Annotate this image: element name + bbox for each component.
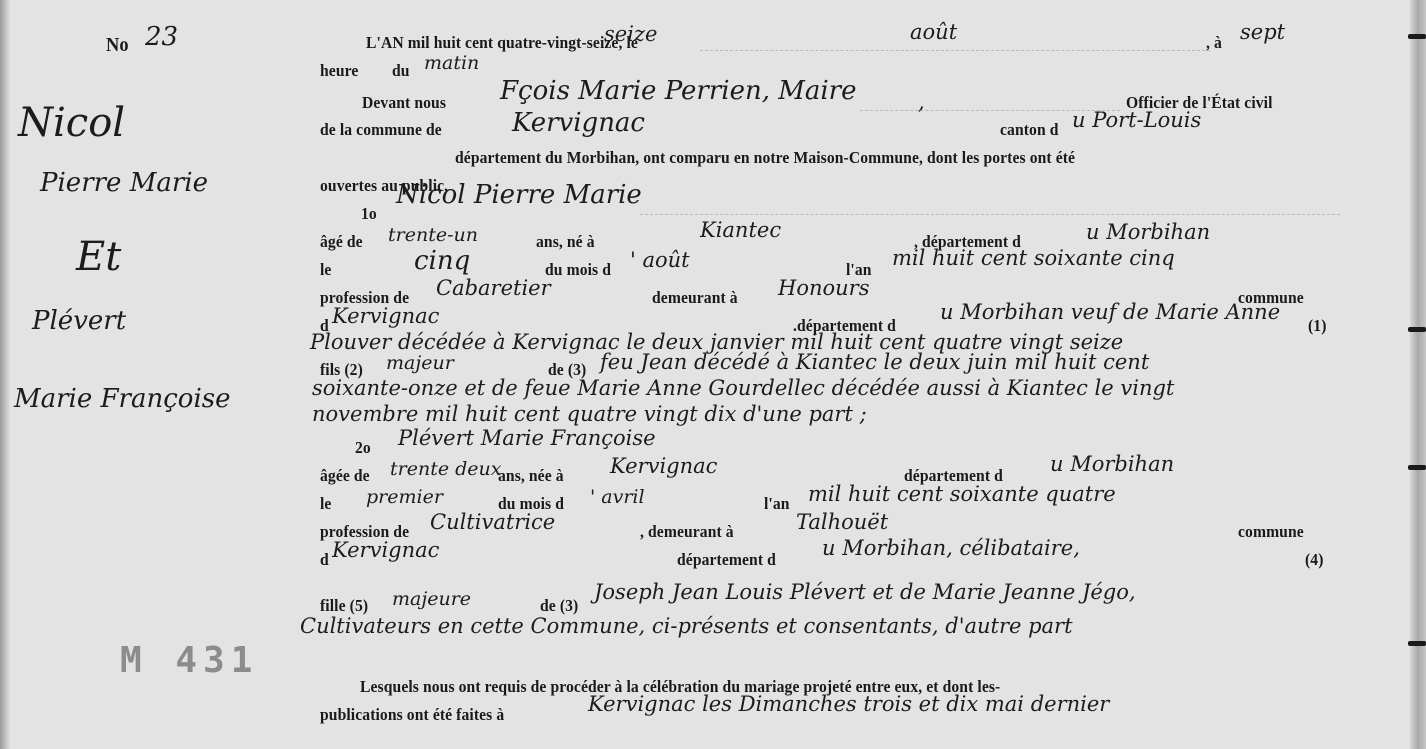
bride-status: majeure (392, 588, 471, 610)
margin-groom-given: Pierre Marie (40, 168, 208, 198)
printed-at: , à (1206, 33, 1222, 53)
written-hour: sept (1240, 20, 1285, 44)
printed-heure: heure (320, 61, 358, 81)
groom-residence: Honours (778, 276, 869, 300)
bride-age: trente deux (390, 458, 501, 480)
groom-birth-day: cinq (414, 246, 470, 276)
written-canton: u Port-Louis (1072, 108, 1201, 132)
written-period: matin (424, 52, 479, 74)
groom-birth-dept: u Morbihan (1086, 220, 1210, 244)
printed-demeurant: demeurant à (652, 288, 738, 308)
written-month: août (910, 20, 957, 44)
record-number-label: No (106, 34, 129, 57)
note-4: (4) (1305, 550, 1324, 570)
printed-lan: l'an (764, 494, 790, 514)
printed-departement2: département d (677, 550, 776, 570)
printed-publications: publications ont été faites à (320, 705, 504, 725)
binding-mark (1408, 34, 1426, 39)
printed-canton: canton d (1000, 120, 1059, 140)
binding-mark (1408, 465, 1426, 470)
printed-year-line: L'AN mil huit cent quatre-vingt-seize, l… (366, 33, 638, 53)
fill-line (640, 214, 1340, 215)
written-officer: Fçois Marie Perrien, Maire (500, 76, 857, 106)
printed-du: du (392, 61, 410, 81)
bride-birth-dept: u Morbihan (1050, 452, 1174, 476)
printed-fille: fille (5) (320, 596, 368, 616)
note-1: (1) (1308, 316, 1327, 336)
bride-index: 2o (355, 438, 371, 458)
margin-bride-given: Marie Françoise (14, 384, 231, 414)
groom-age: trente-un (388, 224, 478, 246)
page-left-edge (0, 0, 10, 749)
groom-commune: Kervignac (332, 304, 439, 328)
record-number: 23 (145, 22, 178, 52)
bride-birth-day: premier (366, 486, 443, 508)
printed-departement-line: département du Morbihan, ont comparu en … (455, 148, 1075, 168)
bride-dept-status: u Morbihan, célibataire, (822, 536, 1080, 560)
written-commune: Kervignac (512, 108, 645, 138)
printed-de3: de (3) (540, 596, 578, 616)
groom-index: 1o (361, 204, 377, 224)
bride-name: Plévert Marie Françoise (398, 426, 656, 450)
printed-le: le (320, 260, 331, 280)
groom-profession: Cabaretier (436, 276, 551, 300)
bride-residence: Talhouët (796, 510, 888, 534)
publication-details: Kervignac les Dimanches trois et dix mai… (588, 692, 1109, 716)
groom-birthplace: Kiantec (700, 218, 781, 242)
groom-birth-month: ' août (630, 248, 690, 272)
groom-parents-line3: novembre mil huit cent quatre vingt dix … (312, 402, 867, 426)
bride-birth-month: ' avril (590, 486, 645, 508)
printed-agee: âgée de (320, 466, 370, 486)
printed-ans-nee: ans, née à (498, 466, 564, 486)
printed-demeurant: , demeurant à (640, 522, 734, 542)
bride-parents: Joseph Jean Louis Plévert et de Marie Je… (594, 580, 1136, 604)
margin-groom-surname: Nicol (18, 100, 125, 146)
printed-commune: commune (1238, 522, 1304, 542)
printed-devant-nous: Devant nous (362, 93, 446, 113)
bride-parents-line2: Cultivateurs en cette Commune, ci-présen… (300, 614, 1073, 638)
bride-profession: Cultivatrice (430, 510, 555, 534)
groom-father: feu Jean décédé à Kiantec le deux juin m… (600, 350, 1149, 374)
binding-mark (1408, 327, 1426, 332)
bride-birthplace: Kervignac (610, 454, 717, 478)
printed-d: d (320, 550, 329, 570)
fill-line (700, 50, 1210, 51)
groom-status: majeur (386, 352, 454, 374)
marriage-record-page: No 23 Nicol Pierre Marie Et Plévert Mari… (0, 0, 1426, 749)
page-right-edge (1410, 0, 1426, 749)
bride-birth-year: mil huit cent soixante quatre (808, 482, 1116, 506)
groom-dept-widow: u Morbihan veuf de Marie Anne (940, 300, 1280, 324)
printed-le: le (320, 494, 331, 514)
groom-birth-year: mil huit cent soixante cinq (892, 246, 1175, 270)
groom-name: Nicol Pierre Marie (396, 180, 642, 210)
bride-commune: Kervignac (332, 538, 439, 562)
printed-ans-ne: ans, né à (536, 232, 595, 252)
printed-du-mois: du mois d (545, 260, 611, 280)
groom-parents-line2: soixante-onze et de feue Marie Anne Gour… (312, 376, 1174, 400)
archive-stamp: M 431 (120, 640, 258, 681)
margin-connector: Et (76, 234, 121, 280)
written-day: seize (604, 22, 657, 46)
printed-age: âgé de (320, 232, 363, 252)
margin-bride-surname: Plévert (32, 306, 126, 336)
binding-mark (1408, 641, 1426, 646)
printed-commune-de: de la commune de (320, 120, 442, 140)
